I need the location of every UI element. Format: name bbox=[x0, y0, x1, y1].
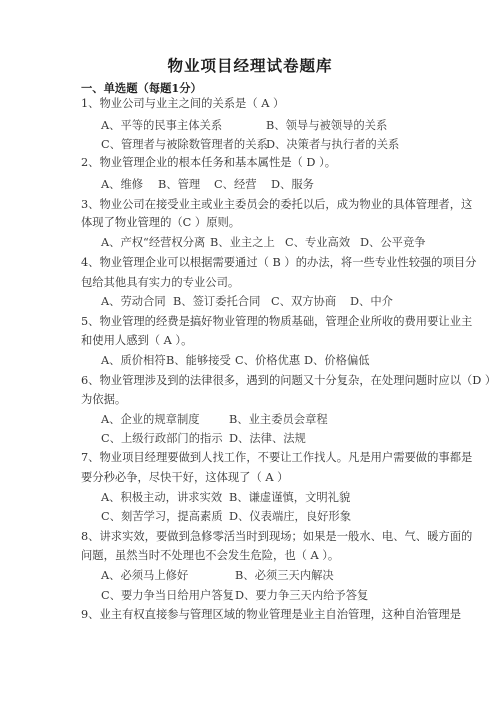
question-1-option-a: A、平等的民事主体关系 bbox=[101, 119, 222, 133]
question-8-option-a: A、必须马上修好 bbox=[101, 569, 188, 583]
question-8-option-d: D、要力争三天内给予答复 bbox=[235, 589, 368, 603]
question-2-option-a: A、维修 bbox=[101, 178, 143, 192]
question-5-text-cont: 和使用人感到（ A ）。 bbox=[81, 334, 192, 348]
question-5-option-c: C、价格优惠 bbox=[235, 354, 300, 368]
question-6-option-a: A、企业的规章制度 bbox=[101, 413, 200, 427]
question-1-text: 1、物业公司与业主之间的关系是（ A ） bbox=[81, 97, 284, 111]
question-7-text-cont: 要分秒必争，尽快干好，这体现了（ A ） bbox=[81, 471, 288, 485]
question-4-option-d: D、中介 bbox=[350, 295, 393, 309]
question-6-option-c: C、上级行政部门的指示 bbox=[101, 432, 223, 446]
question-2-option-d: D、服务 bbox=[271, 178, 314, 192]
question-8-text-cont: 问题，虽然当时不处理也不会发生危险，也（ A ）。 bbox=[81, 549, 339, 563]
question-8-option-c: C、要力争当日给用户答复 bbox=[101, 589, 234, 603]
question-6-text: 6、物业管理涉及到的法律很多，遇到的问题又十分复杂，在处理问题时应以（D ） bbox=[81, 374, 496, 388]
document-title: 物业项目经理试卷题库 bbox=[0, 54, 500, 76]
question-1-option-b: B、领导与被领导的关系 bbox=[266, 119, 387, 133]
document-page: 物业项目经理试卷题库 一、单选题（每题1分） 1、物业公司与业主之间的关系是（ … bbox=[0, 0, 500, 707]
question-2-option-c: C、经营 bbox=[214, 178, 257, 192]
question-3-option-d: D、公平竞争 bbox=[360, 236, 426, 250]
question-6-option-b: B、业主委员会章程 bbox=[229, 413, 328, 427]
question-3-option-b: B、业主之上 bbox=[210, 236, 275, 250]
question-2-text: 2、物业管理企业的根本任务和基本属性是（ D ）。 bbox=[81, 156, 336, 170]
question-9-text: 9、业主有权直接参与管理区域的物业管理是业主自治管理，这种自治管理是 bbox=[81, 608, 461, 622]
question-8-option-b: B、必须三天内解决 bbox=[235, 569, 334, 583]
question-3-text-cont: 体现了物业管理的（C ）原则。 bbox=[81, 216, 240, 230]
question-3-option-c: C、专业高效 bbox=[285, 236, 350, 250]
question-6-option-d: D、法律、法规 bbox=[229, 432, 306, 446]
question-7-option-a: A、积极主动，讲求实效 bbox=[101, 491, 222, 505]
question-1-option-c: C、管理者与被除数管理者的关系 bbox=[101, 138, 268, 152]
question-7-option-d: D、仪表端庄，良好形象 bbox=[229, 510, 351, 524]
question-7-text: 7、物业项目经理要做到人找工作，不要让工作找人。凡是用户需要做的事都是 bbox=[81, 451, 472, 465]
question-4-option-c: C、双方协商 bbox=[271, 295, 336, 309]
section-heading: 一、单选题（每题1分） bbox=[81, 81, 202, 95]
question-5-option-a: A、质价相符 bbox=[101, 354, 166, 368]
question-2-option-b: B、管理 bbox=[158, 178, 200, 192]
question-5-text: 5、物业管理的经费是搞好物业管理的物质基础，管理企业所收的费用要让业主 bbox=[81, 315, 472, 329]
question-7-option-b: B、谦虚谨慎，文明礼貌 bbox=[229, 491, 350, 505]
question-1-option-d: D、决策者与执行者的关系 bbox=[266, 138, 399, 152]
question-4-text-cont: 包给其他具有实力的专业公司。 bbox=[81, 276, 239, 290]
question-6-text-cont: 为依据。 bbox=[81, 393, 126, 407]
question-3-text: 3、物业公司在接受业主或业主委员会的委托以后，成为物业的具体管理者，这 bbox=[81, 198, 472, 212]
question-5-option-d: D、价格偏低 bbox=[304, 354, 370, 368]
question-4-option-b: B、签订委托合同 bbox=[173, 295, 260, 309]
question-5-option-b: B、能够接受 bbox=[166, 354, 231, 368]
question-3-option-a: A、产权“经营权分离 bbox=[101, 236, 205, 250]
question-8-text: 8、讲求实效，要做到急修零活当时到现场；如果是一般水、电、气、暖方面的 bbox=[81, 530, 472, 544]
question-7-option-c: C、刻苦学习，提高素质 bbox=[101, 510, 223, 524]
question-4-option-a: A、劳动合同 bbox=[101, 295, 166, 309]
question-4-text: 4、物业管理企业可以根据需要通过（ B ）的办法，将一些专业性较强的项目分 bbox=[81, 256, 476, 270]
